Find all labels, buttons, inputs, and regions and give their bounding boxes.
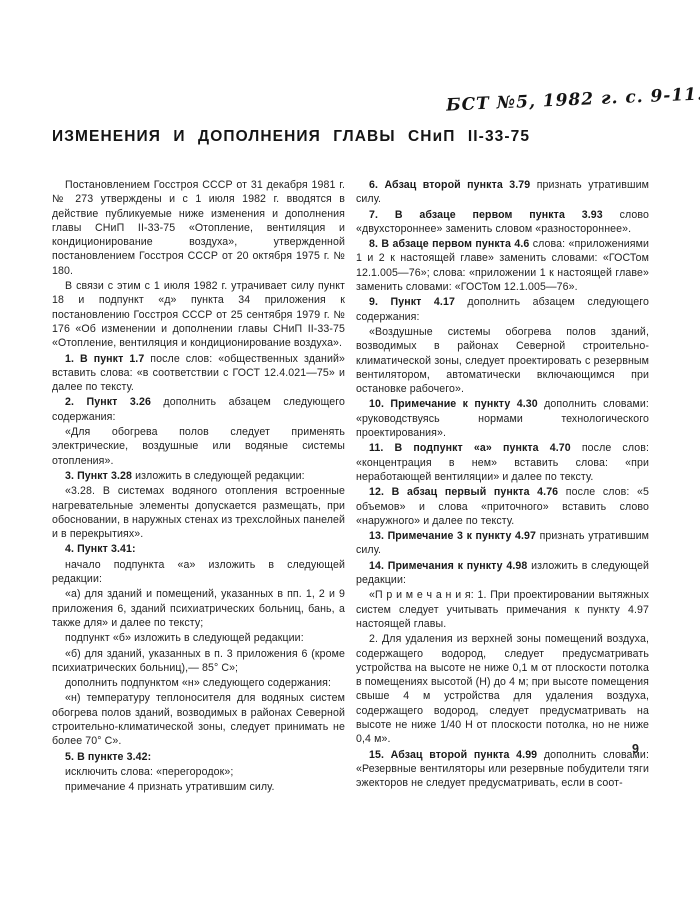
paragraph: «а) для зданий и помещений, указанных в …: [52, 587, 345, 630]
paragraph-bold-lead: 1. В пункт 1.7: [65, 353, 144, 365]
paragraph: 11. В подпункт «а» пункта 4.70 после сло…: [356, 441, 649, 484]
left-column: Постановлением Госстроя СССР от 31 декаб…: [52, 178, 345, 795]
paragraph-bold-lead: 2. Пункт 3.26: [65, 396, 151, 408]
paragraph: 9. Пункт 4.17 дополнить абзацем следующе…: [356, 295, 649, 324]
paragraph-bold-lead: 4. Пункт 3.41:: [65, 543, 136, 555]
paragraph: В связи с этим с 1 июля 1982 г. утрачива…: [52, 279, 345, 350]
paragraph-bold-lead: 6. Абзац второй пункта 3.79: [369, 179, 530, 191]
paragraph: 1. В пункт 1.7 после слов: «общественных…: [52, 352, 345, 395]
paragraph-bold-lead: 3. Пункт 3.28: [65, 470, 132, 482]
paragraph-bold-lead: 8. В абзаце первом пункта 4.6: [369, 238, 529, 250]
paragraph: 10. Примечание к пункту 4.30 дополнить с…: [356, 397, 649, 440]
paragraph: начало подпункта «а» изложить в следующе…: [52, 558, 345, 587]
paragraph-bold-lead: 13. Примечание 3 к пункту 4.97: [369, 530, 536, 542]
paragraph: 2. Пункт 3.26 дополнить абзацем следующе…: [52, 395, 345, 424]
paragraph-bold-lead: 15. Абзац второй пункта 4.99: [369, 749, 537, 761]
paragraph: 8. В абзаце первом пункта 4.6 слова: «пр…: [356, 237, 649, 294]
paragraph: «Для обогрева полов следует применять эл…: [52, 425, 345, 468]
document-page: БСТ №5, 1982 г. с. 9-11. ИЗМЕНЕНИЯ И ДОП…: [0, 0, 700, 910]
paragraph-bold-lead: 9. Пункт 4.17: [369, 296, 455, 308]
paragraph: 14. Примечания к пункту 4.98 изложить в …: [356, 559, 649, 588]
paragraph: «б) для зданий, указанных в п. 3 приложе…: [52, 647, 345, 676]
paragraph: 7. В абзаце первом пункта 3.93 слово «дв…: [356, 208, 649, 237]
page-number: 9: [632, 742, 639, 756]
paragraph: 15. Абзац второй пункта 4.99 дополнить с…: [356, 748, 649, 791]
paragraph: 4. Пункт 3.41:: [52, 542, 345, 556]
paragraph: 5. В пункте 3.42:: [52, 750, 345, 764]
paragraph: 13. Примечание 3 к пункту 4.97 признать …: [356, 529, 649, 558]
paragraph: примечание 4 признать утратившим силу.: [52, 780, 345, 794]
paragraph-bold-lead: 7. В абзаце первом пункта 3.93: [369, 209, 603, 221]
paragraph: Постановлением Госстроя СССР от 31 декаб…: [52, 178, 345, 278]
paragraph: 6. Абзац второй пункта 3.79 признать утр…: [356, 178, 649, 207]
paragraph-bold-lead: 11. В подпункт «а» пункта 4.70: [369, 442, 571, 454]
paragraph-bold-lead: 14. Примечания к пункту 4.98: [369, 560, 527, 572]
paragraph: 12. В абзац первый пункта 4.76 после сло…: [356, 485, 649, 528]
paragraph: исключить слова: «перегородок»;: [52, 765, 345, 779]
paragraph: 3. Пункт 3.28 изложить в следующей редак…: [52, 469, 345, 483]
paragraph: 2. Для удаления из верхней зоны помещени…: [356, 632, 649, 746]
paragraph-bold-lead: 12. В абзац первый пункта 4.76: [369, 486, 558, 498]
right-column: 6. Абзац второй пункта 3.79 признать утр…: [356, 178, 649, 795]
paragraph: дополнить подпунктом «н» следующего соде…: [52, 676, 345, 690]
paragraph-bold-lead: 5. В пункте 3.42:: [65, 751, 151, 763]
handwritten-annotation: БСТ №5, 1982 г. с. 9-11.: [446, 84, 700, 115]
paragraph: «П р и м е ч а н и я: 1. При проектирова…: [356, 588, 649, 631]
paragraph: «3.28. В системах водяного отопления вст…: [52, 484, 345, 541]
paragraph-bold-lead: 10. Примечание к пункту 4.30: [369, 398, 538, 410]
paragraph: «Воздушные системы обогрева полов зданий…: [356, 325, 649, 396]
text-columns: Постановлением Госстроя СССР от 31 декаб…: [52, 178, 649, 795]
page-title: ИЗМЕНЕНИЯ И ДОПОЛНЕНИЯ ГЛАВЫ СНиП II-33-…: [52, 128, 530, 146]
paragraph: подпункт «б» изложить в следующей редакц…: [52, 631, 345, 645]
paragraph: «н) температуру теплоносителя для водяны…: [52, 691, 345, 748]
